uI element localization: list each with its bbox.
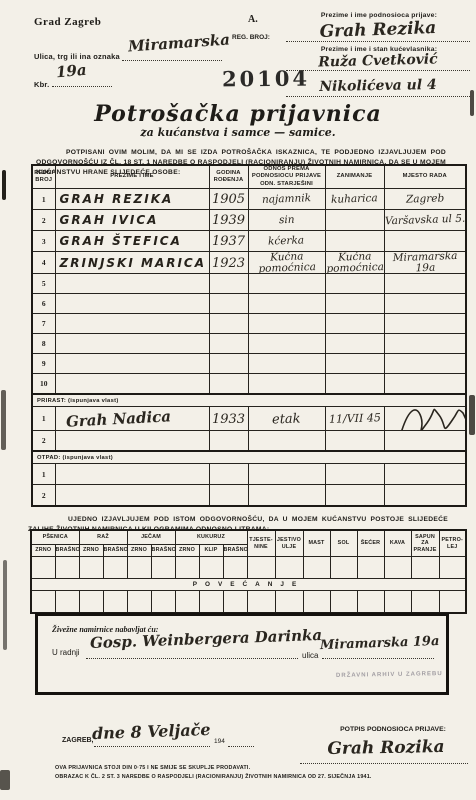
house-number-handwritten: 19a bbox=[55, 61, 87, 82]
table-row: 2 GRAH IVICA 1939 sin Varšavska ul 5. bbox=[32, 210, 466, 231]
street-underline bbox=[122, 60, 222, 61]
col-header-relation: ODNOS PREMA PODNOSIOCU PRIJAVE ODN. STAR… bbox=[248, 165, 325, 189]
prirast-entry-date: 11/VII 45 bbox=[328, 412, 380, 425]
landlord-address-handwritten: Nikolićeva ul 4 bbox=[288, 76, 468, 95]
col-header-year: GODINA ROĐENJA bbox=[209, 165, 248, 189]
table-row-empty: 9 bbox=[32, 354, 466, 374]
member-relation: Kućna pomoćnica bbox=[248, 252, 325, 274]
scan-artifact bbox=[2, 170, 6, 200]
col-psenica: PŠENICA bbox=[31, 530, 79, 545]
member-workplace: Varšavska ul 5. bbox=[384, 213, 465, 226]
signature-label: POTPIS PODNOSIOCA PRIJAVE: bbox=[318, 726, 468, 733]
prirast-section-label: PRIRAST: (ispunjava vlast) bbox=[32, 394, 466, 407]
otpad-row-empty: 2 bbox=[32, 485, 466, 507]
member-name: GRAH REZIKA bbox=[60, 192, 174, 206]
member-year: 1905 bbox=[212, 192, 245, 207]
landlord-address-underline bbox=[286, 96, 470, 97]
table-row-empty: 5 bbox=[32, 274, 466, 294]
stock-group-header-row: PŠENICA RAŽ JEČAM KUKURUZ TJESTE- NINE J… bbox=[31, 530, 466, 545]
supplier-street-underline bbox=[322, 658, 434, 659]
prirast-row: 1 Grah Nadica 1933 etak 11/VII 45 bbox=[32, 407, 466, 431]
table-row-empty: 8 bbox=[32, 334, 466, 354]
landlord-name-handwritten: Ruža Cvetković bbox=[288, 51, 468, 72]
applicant-name-handwritten: Grah Rezika bbox=[288, 17, 469, 43]
sub-brasno: BRAŠNO bbox=[55, 545, 79, 557]
prirast-year: 1933 bbox=[212, 412, 245, 427]
member-year: 1923 bbox=[212, 256, 245, 271]
city-name: Grad Zagreb bbox=[34, 16, 101, 28]
sub-zrno: ZRNO bbox=[175, 545, 199, 557]
table-row-empty: 10 bbox=[32, 374, 466, 395]
otpad-row-empty: 1 bbox=[32, 464, 466, 485]
supplier-street-label: ulica bbox=[302, 651, 318, 660]
fine-print-price: OVA PRIJAVNICA STOJI DIN 0·75 I NE SMIJE… bbox=[55, 765, 455, 771]
scan-artifact bbox=[1, 390, 6, 450]
col-kukuruz: KUKURUZ bbox=[175, 530, 247, 545]
food-stock-table: PŠENICA RAŽ JEČAM KUKURUZ TJESTE- NINE J… bbox=[30, 529, 467, 614]
footer-year-underline bbox=[228, 746, 254, 747]
footer-year-prefix: 194 bbox=[214, 738, 225, 745]
stock-values-row bbox=[31, 557, 466, 579]
table-row: 3 GRAH ŠTEFICA 1937 kćerka bbox=[32, 231, 466, 252]
member-relation: najamnik bbox=[262, 193, 311, 205]
otpad-section-label: OTPAD: (ispunjava vlast) bbox=[32, 451, 466, 464]
member-workplace: Miramarska 19a bbox=[384, 252, 465, 274]
table-row-empty: 7 bbox=[32, 314, 466, 334]
section-a-label: A. bbox=[248, 14, 258, 25]
col-sapun: SAPUN ZA PRANJE bbox=[411, 530, 439, 557]
archive-stamp: DRŽAVNI ARHIV U ZAGREBU bbox=[336, 671, 443, 679]
col-kava: KAVA bbox=[384, 530, 411, 557]
reg-number-label: REG. BROJ: bbox=[232, 34, 270, 41]
member-occupation: Kućna pomoćnica bbox=[325, 252, 384, 274]
form-header: Grad Zagreb Ulica, trg ili ina oznaka Mi… bbox=[0, 8, 476, 100]
col-tjestenine: TJESTE- NINE bbox=[247, 530, 275, 557]
member-relation: kćerka bbox=[268, 235, 304, 247]
sub-brasno: BRAŠNO bbox=[103, 545, 127, 557]
col-header-num: REDNI BROJ bbox=[32, 165, 55, 189]
member-workplace: Zagreb bbox=[405, 193, 444, 205]
applicant-underline bbox=[286, 41, 470, 42]
supplier-shop-underline bbox=[86, 658, 298, 659]
increase-values-row bbox=[31, 591, 466, 614]
increase-label-row: POVEĆANJE bbox=[31, 579, 466, 591]
signature-underline bbox=[300, 763, 468, 764]
member-occupation: kuharica bbox=[331, 193, 378, 205]
consumer-registration-form: Grad Zagreb Ulica, trg ili ina oznaka Mi… bbox=[0, 0, 476, 800]
house-number-underline bbox=[52, 86, 112, 87]
supplier-box: Živežne namirnice nabavljat ću: U radnji… bbox=[35, 613, 449, 695]
col-raz: RAŽ bbox=[79, 530, 127, 545]
footer-city-label: ZAGREB, bbox=[62, 737, 94, 744]
scan-artifact bbox=[469, 395, 475, 435]
house-number-label: Kbr. bbox=[34, 74, 49, 92]
table-row: 1 GRAH REZIKA 1905 najamnik kuharica Zag… bbox=[32, 189, 466, 210]
col-mast: MAST bbox=[303, 530, 330, 557]
sub-klip: KLIP bbox=[199, 545, 223, 557]
scan-artifact bbox=[0, 770, 10, 790]
col-sol: SOL bbox=[330, 530, 357, 557]
member-year: 1939 bbox=[212, 213, 245, 228]
table-header-row: REDNI BROJ PREZIME I IME GODINA ROĐENJA … bbox=[32, 165, 466, 189]
member-name: ZRINJSKI MARICA bbox=[60, 256, 207, 270]
col-jestivo-ulje: JESTIVO ULJE bbox=[275, 530, 303, 557]
landlord-underline bbox=[286, 70, 470, 71]
col-header-occupation: ZANIMANJE bbox=[325, 165, 384, 189]
col-secer: ŠEĆER bbox=[357, 530, 384, 557]
col-petrolej: PETRO- LEJ bbox=[439, 530, 466, 557]
prirast-name-handwritten: Grah Nadica bbox=[65, 407, 171, 430]
sub-zrno: ZRNO bbox=[31, 545, 55, 557]
footer-date-handwritten: dne 8 Veljače bbox=[92, 720, 211, 743]
col-header-name: PREZIME I IME bbox=[55, 165, 209, 189]
member-name: GRAH ŠTEFICA bbox=[60, 234, 182, 248]
scan-artifact bbox=[3, 560, 7, 650]
sub-zrno: ZRNO bbox=[79, 545, 103, 557]
prirast-relation: etak bbox=[272, 412, 301, 426]
table-row: 4 ZRINJSKI MARICA 1923 Kućna pomoćnica K… bbox=[32, 252, 466, 274]
prirast-row-empty: 2 bbox=[32, 431, 466, 452]
sub-brasno: BRAŠNO bbox=[223, 545, 247, 557]
sub-zrno: ZRNO bbox=[127, 545, 151, 557]
fine-print-regulation: OBRAZAC K ČL. 2 ST. 3 NAREDBE O RASPODJE… bbox=[55, 774, 455, 780]
member-relation: sin bbox=[279, 214, 295, 225]
sub-brasno: BRAŠNO bbox=[151, 545, 175, 557]
member-name: GRAH IVICA bbox=[60, 213, 159, 227]
form-title: Potrošačka prijavnica bbox=[0, 101, 476, 127]
applicant-signature-handwritten: Grah Rozika bbox=[306, 737, 466, 760]
footer-date-underline bbox=[94, 746, 210, 747]
col-header-workplace: MJESTO RADA bbox=[384, 165, 466, 189]
official-signature-scrawl bbox=[387, 407, 467, 431]
household-members-table: REDNI BROJ PREZIME I IME GODINA ROĐENJA … bbox=[31, 164, 467, 507]
col-jecam: JEČAM bbox=[127, 530, 175, 545]
table-row-empty: 6 bbox=[32, 294, 466, 314]
member-year: 1937 bbox=[212, 234, 245, 249]
form-subtitle: za kućanstva i samce — samice. bbox=[0, 126, 476, 139]
